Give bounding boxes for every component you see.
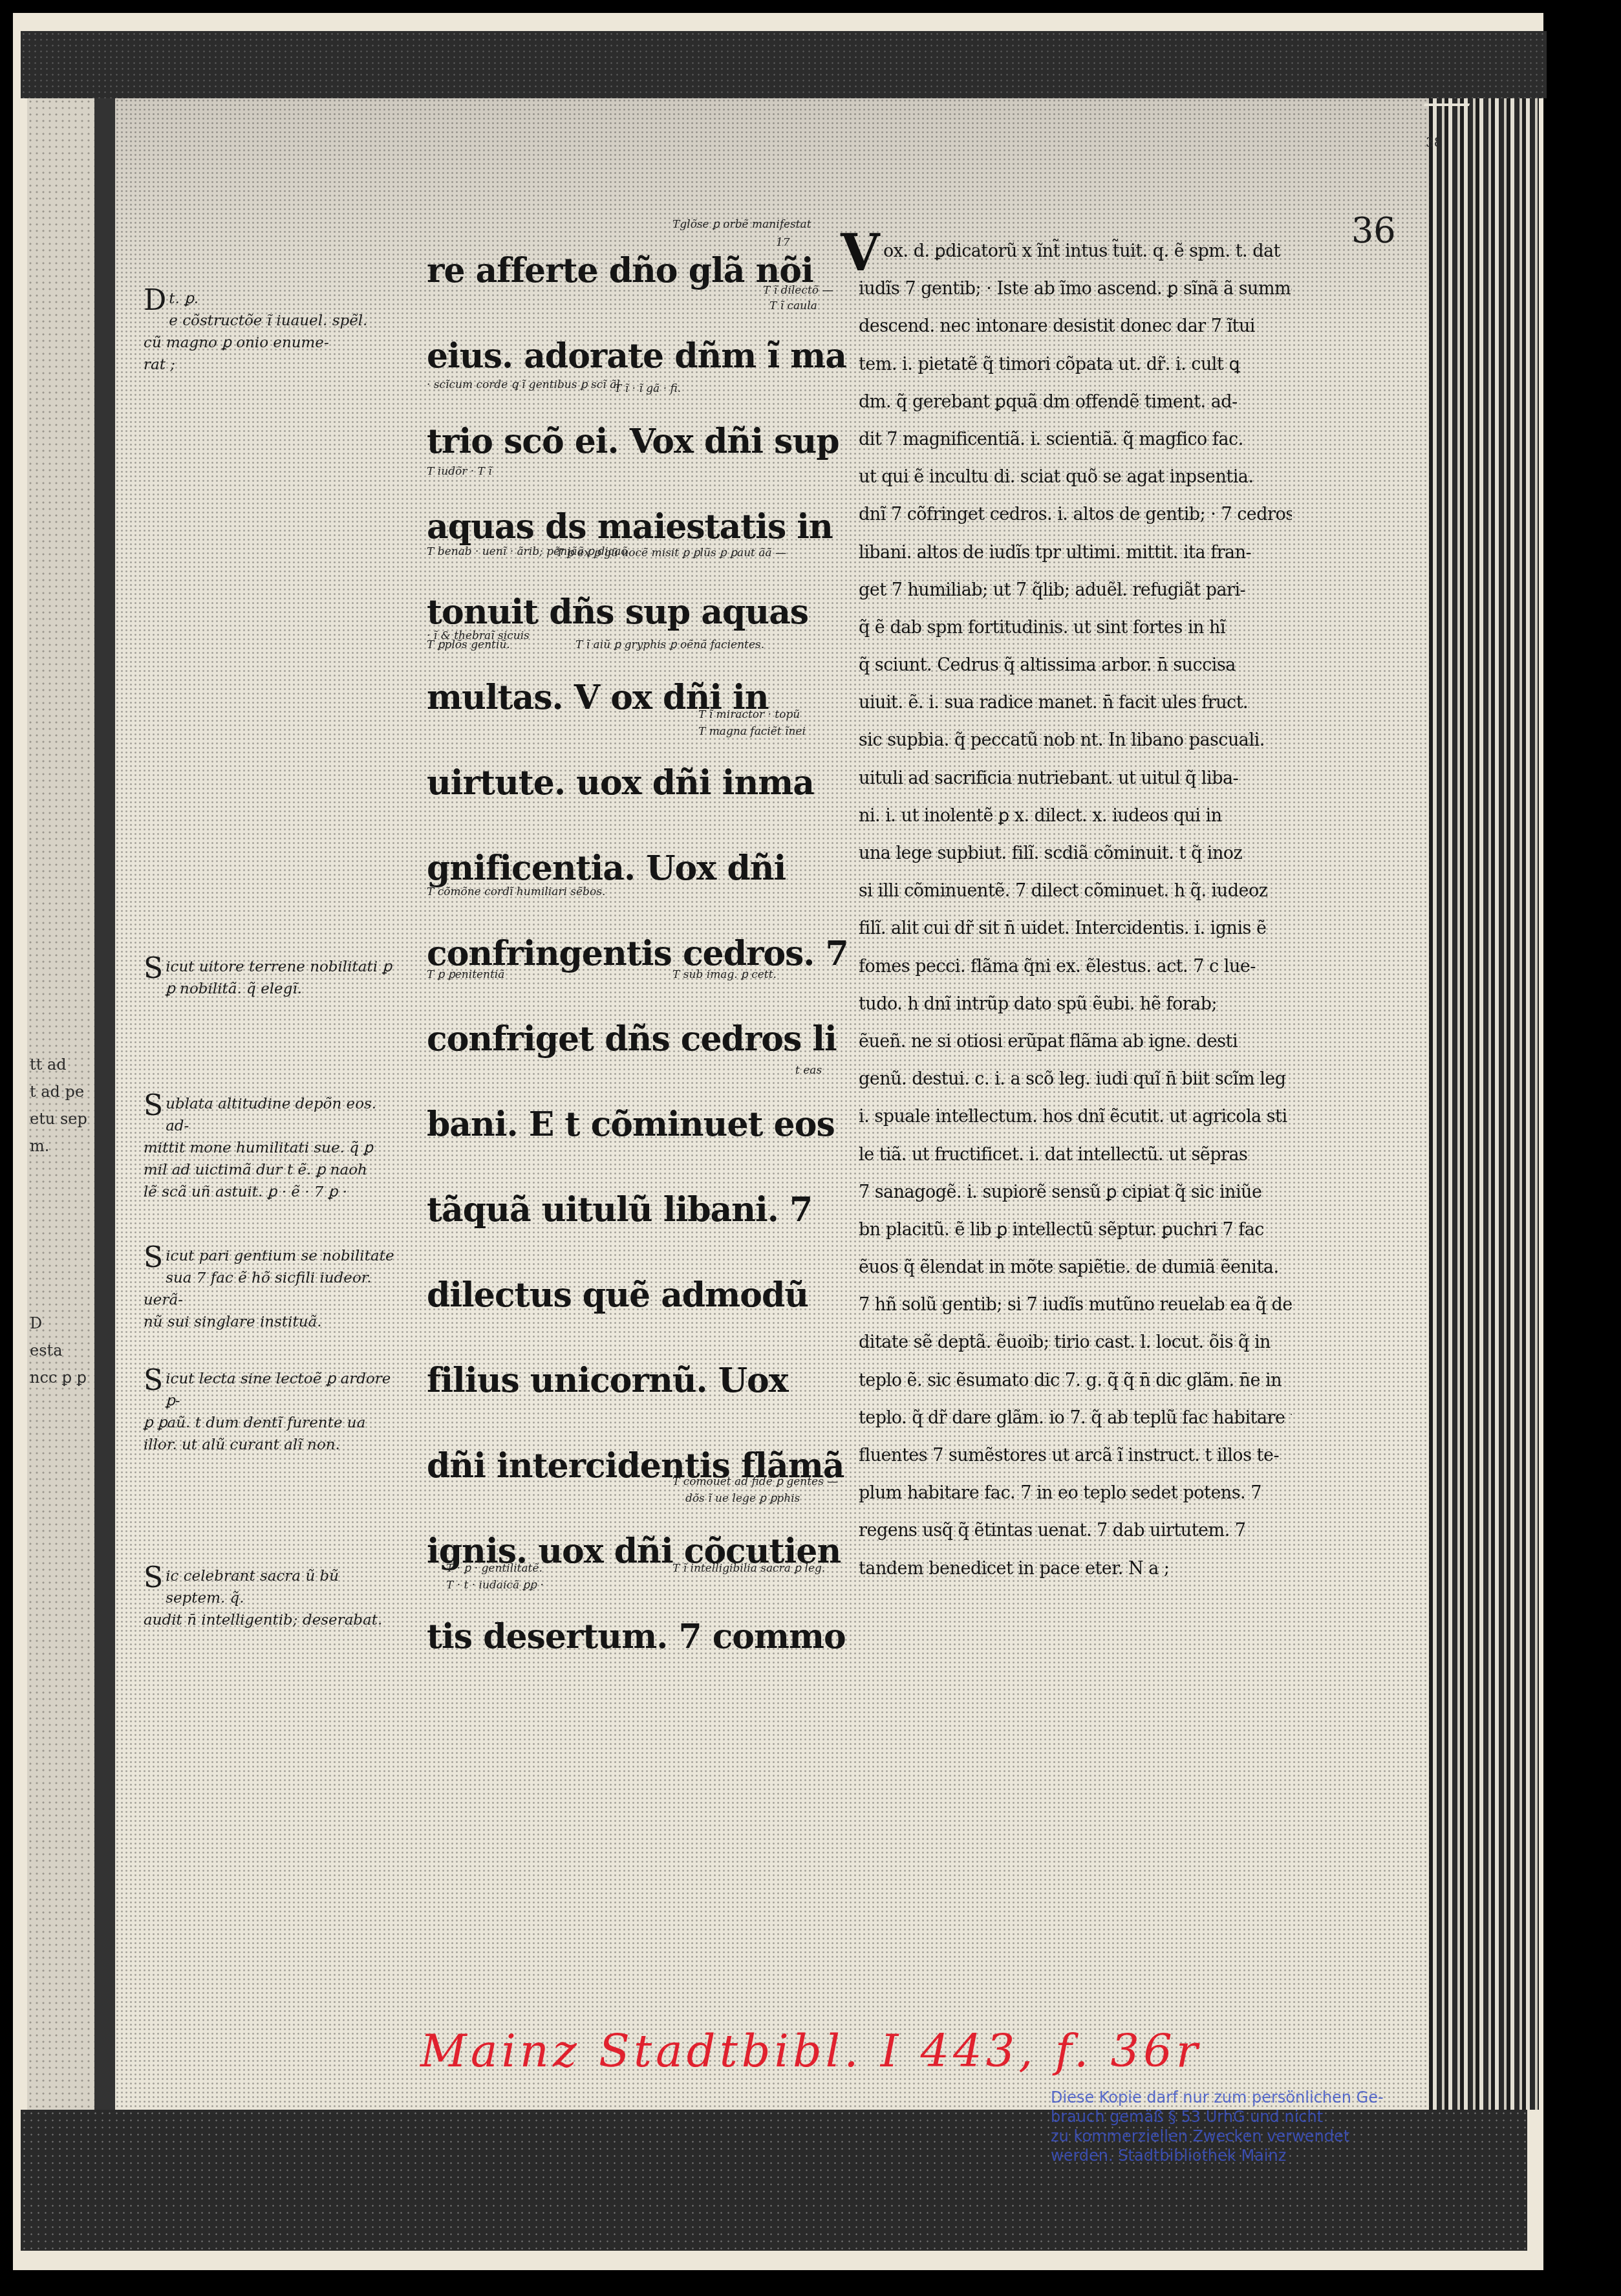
main-text-line: multas. V ox dñi inT ꝑplõs gentiũ.T ĩ ai… bbox=[427, 644, 847, 729]
margin-gloss-line: illor. ut alũ curant alĩ non. bbox=[144, 1434, 402, 1456]
stamp-line: zu kommerziellen Zwecken verwendet bbox=[1051, 2127, 1490, 2146]
commentary-line: si illi cõminuentẽ. 7 dilect cõminuet. h… bbox=[859, 872, 1292, 910]
interlinear-gloss: T ꝑplõs gentiũ. bbox=[427, 638, 510, 651]
interlinear-gloss: T ĩ miractor · topũ bbox=[698, 708, 800, 721]
commentary-line: le tiã. ut fructificet. i. dat intellect… bbox=[859, 1136, 1292, 1174]
main-text-line-content: tis desertum. 7 commo bbox=[427, 1617, 846, 1656]
commentary-line: tandem benedicet in pace eter. N a ; bbox=[859, 1550, 1292, 1588]
commentary-line: teplo ẽ. sic ẽsumato dic 7. g. q̃ q̃ n̄ … bbox=[859, 1362, 1292, 1400]
facing-fragment-line: ncc ꝑ ꝑ bbox=[30, 1364, 94, 1391]
facing-fragment-line: t ad pe bbox=[30, 1078, 94, 1105]
margin-gloss-line: mittit mone humilitati sue. q̃ ꝑ bbox=[144, 1137, 402, 1159]
main-text-line-content: confriget dñs cedros li bbox=[427, 1019, 837, 1059]
main-text-line: aquas ds maiestatis inT iudõr · T ĩT ben… bbox=[427, 473, 847, 558]
margin-gloss-line: icut lecta sine lectoẽ ꝑ ardore ꝑ- bbox=[144, 1368, 402, 1412]
main-text-line-content: eius. adorate dñm ĩ ma bbox=[427, 336, 846, 376]
commentary-line: fluentes 7 sumẽstores ut arcã ĩ instruct… bbox=[859, 1437, 1292, 1475]
margin-gloss-line: mil ad uictimã dur t ẽ. ꝑ naoh bbox=[144, 1159, 402, 1181]
folio-small-number: 38 bbox=[1426, 135, 1442, 150]
interlinear-gloss: T iudõr · T ĩ bbox=[427, 465, 492, 478]
margin-gloss-block: Sic celebrant sacra ũ bũ septem. q̃.audi… bbox=[144, 1565, 402, 1631]
main-text-line: ignis. uox dñi cõcutienT · ꝑ · gentilita… bbox=[427, 1497, 847, 1583]
main-text-line-content: re afferte dño glã nõi bbox=[427, 251, 813, 290]
margin-gloss-line: icut uitore terrene nobilitati ꝑ bbox=[144, 956, 402, 978]
main-text-line-content: confringentis cedros. 7 bbox=[427, 934, 848, 973]
main-text-line-content: uirtute. uox dñi inma bbox=[427, 763, 814, 803]
margin-gloss-line: ꝑ nobilitã. q̃ elegĩ. bbox=[144, 978, 402, 1000]
facing-fragment-line: esta bbox=[30, 1337, 94, 1364]
main-text-line: confriget dñs cedros li bbox=[427, 985, 847, 1070]
interlinear-gloss: T · ꝑ · gentilitatẽ. bbox=[446, 1562, 542, 1575]
commentary-line: fomes pecci. flãma q̃ni ex. ẽlestus. act… bbox=[859, 948, 1292, 986]
margin-gloss-block: Dt. ꝑ.e cõstructõe ĩ iuauel. spẽl.cũ mag… bbox=[144, 288, 402, 376]
gloss-initial: S bbox=[144, 956, 163, 982]
facing-fragment-line: D bbox=[30, 1310, 94, 1337]
margin-gloss-line: nũ sui singlare instituã. bbox=[144, 1311, 402, 1333]
main-text-line: filius unicornũ. Uox bbox=[427, 1327, 847, 1412]
stamp-line: brauch gemäß § 53 UrhG und nicht bbox=[1051, 2107, 1490, 2127]
main-text-line-content: aquas ds maiestatis in bbox=[427, 507, 833, 547]
interlinear-gloss: T ĩ · ĩ gã · fi. bbox=[614, 382, 681, 395]
commentary-line: uituli ad sacrificia nutriebant. ut uitu… bbox=[859, 760, 1292, 797]
margin-gloss-line: ꝑ ꝑaũ. t dum dentĩ furente ua bbox=[144, 1412, 402, 1434]
interlinear-gloss: T ꝑ ꝑenitentiã bbox=[427, 968, 504, 981]
interlinear-gloss: t eas bbox=[795, 1064, 822, 1077]
commentary-line: q̃ sciunt. Cedrus q̃ altissima arbor. n̄… bbox=[859, 647, 1292, 684]
main-text-line-content: tãquã uitulũ libani. 7 bbox=[427, 1190, 812, 1229]
commentary-column: V ox. d. ꝑdicatorũ x ĩnt̃ intus t̃uit. q… bbox=[859, 233, 1292, 1588]
interlinear-gloss: 17 bbox=[776, 236, 790, 249]
main-text-line-content: gnificentia. Uox dñi bbox=[427, 849, 786, 888]
facing-fragment: Destancc ꝑ ꝑ bbox=[30, 1310, 94, 1391]
main-text-line-content: tonuit dñs sup aquas bbox=[427, 592, 808, 632]
main-text-line: tonuit dñs sup aquasT ꝑ ex ꝑ gũ uocẽ mis… bbox=[427, 558, 847, 644]
margin-gloss-block: Sicut pari gentium se nobilitatesua 7 fa… bbox=[144, 1245, 402, 1333]
commentary-line: 7 hñ solũ gentib; si 7 iudĩs mutũno reue… bbox=[859, 1286, 1292, 1324]
margin-gloss-line: icut pari gentium se nobilitate bbox=[144, 1245, 402, 1267]
facing-fragment-line: etu sep bbox=[30, 1105, 94, 1132]
book-fore-edge bbox=[1429, 98, 1539, 2110]
main-text-line-content: trio scõ ei. Vox dñi sup bbox=[427, 422, 839, 461]
commentary-line: iudĩs 7 gentib; · Iste ab ĩmo ascend. ꝑ … bbox=[859, 270, 1292, 308]
interlinear-gloss: T ꝑ ex ꝑ gũ uocẽ misit ꝑ ꝑlũs ꝑ ꝑaut ãã … bbox=[556, 547, 786, 559]
margin-gloss-line: ic celebrant sacra ũ bũ septem. q̃. bbox=[144, 1565, 402, 1609]
commentary-line: ut qui ẽ incultu di. sciat quõ se agat i… bbox=[859, 459, 1292, 496]
gloss-initial: D bbox=[144, 288, 166, 314]
main-text-line-content: filius unicornũ. Uox bbox=[427, 1361, 788, 1400]
gloss-initial: S bbox=[144, 1565, 163, 1591]
scanner-shadow-top bbox=[21, 31, 1547, 98]
margin-gloss-line: sua 7 fac ẽ hõ sicfili iudeor. uerã- bbox=[144, 1267, 402, 1311]
commentary-line: bn placitũ. ẽ lib ꝑ intellectũ sẽptur. ꝑ… bbox=[859, 1211, 1292, 1249]
gloss-initial: S bbox=[144, 1368, 163, 1394]
commentary-line: 7 sanagogẽ. i. supiorẽ sensũ ꝑ cipiat q̃… bbox=[859, 1174, 1292, 1211]
commentary-line: get 7 humiliab; ut 7 q̃lib; aduẽl. refug… bbox=[859, 572, 1292, 609]
copyright-stamp: Diese Kopie darf nur zum persönlichen Ge… bbox=[1051, 2088, 1490, 2165]
stamp-line: Diese Kopie darf nur zum persönlichen Ge… bbox=[1051, 2088, 1490, 2107]
interlinear-gloss: T ĩ dilectõ — bbox=[763, 284, 833, 297]
interlinear-gloss: T sub imag. ꝑ cett. bbox=[672, 968, 777, 981]
margin-gloss-line: lẽ scã uñ astuit. ꝑ · ẽ · 7 ꝑ · bbox=[144, 1181, 402, 1203]
commentary-line: teplo. q̃ dr̃ dare glãm. io 7. q̃ ab tep… bbox=[859, 1400, 1292, 1437]
commentary-line: una lege supbiut. filĩ. scdiã cõminuit. … bbox=[859, 835, 1292, 872]
commentary-line: genũ. destui. c. i. a scõ leg. iudi quĩ … bbox=[859, 1061, 1292, 1098]
facing-fragment-line: m. bbox=[30, 1132, 94, 1160]
main-text-line: trio scõ ei. Vox dñi supT ĩ · ĩ gã · fi. bbox=[427, 387, 847, 473]
commentary-line: libani. altos de iudĩs tpr ultimi. mitti… bbox=[859, 534, 1292, 572]
interlinear-gloss: T ĩ caula bbox=[769, 299, 817, 312]
commentary-line: dnĩ 7 cõfringet cedros. i. altos de gent… bbox=[859, 496, 1292, 534]
commentary-line: sic supbia. q̃ peccatũ nob nt. In libano… bbox=[859, 722, 1292, 759]
margin-gloss-line: ublata altitudine depõn eos. ad- bbox=[144, 1093, 402, 1137]
commentary-initial: V bbox=[841, 224, 880, 283]
red-shelfmark-annotation: Mainz Stadtbibl. I 443, f. 36r bbox=[420, 2024, 1201, 2077]
commentary-line: regens usq̃ q̃ ẽtintas uenat. 7 dab uirt… bbox=[859, 1512, 1292, 1550]
margin-gloss-line: audit n̄ intelligentib; deserabat. bbox=[144, 1609, 402, 1631]
commentary-line: ox. d. ꝑdicatorũ x ĩnt̃ intus t̃uit. q. … bbox=[859, 233, 1292, 270]
margin-gloss-line: rat ; bbox=[144, 354, 402, 376]
main-text-line: eius. adorate dñm ĩ maT ĩ dilectõ —T ĩ c… bbox=[427, 302, 847, 387]
main-text-line: dilectus quẽ admodũ bbox=[427, 1241, 847, 1327]
commentary-line: ẽuos q̃ ẽlendat in mõte sapiẽtie. de dum… bbox=[859, 1249, 1292, 1286]
stamp-line: werden. Stadtbibliothek Mainz bbox=[1051, 2146, 1490, 2165]
main-text-line: bani. E t cõminuet eost eas bbox=[427, 1070, 847, 1156]
commentary-line: ẽueñ. ne si otiosi erũpat flãma ab igne.… bbox=[859, 1023, 1292, 1061]
interlinear-gloss: T cõmouet ad fidẽ ꝑ gentes — bbox=[672, 1475, 838, 1488]
commentary-line: descend. nec intonare desistit donec dar… bbox=[859, 308, 1292, 345]
interlinear-gloss: Tglõse ꝑ orbẽ manifestat bbox=[672, 218, 811, 231]
main-text-line: uirtute. uox dñi inma bbox=[427, 729, 847, 814]
main-text-line: confringentis cedros. 7T ꝑ ꝑenitentiãT s… bbox=[427, 900, 847, 985]
interlinear-gloss: T ĩ aiũ ꝑ gryphis ꝑ oẽnã facientes. bbox=[575, 638, 764, 651]
main-text-column: re afferte dño glã nõiTglõse ꝑ orbẽ mani… bbox=[427, 217, 847, 1668]
page-number: 36 bbox=[1351, 210, 1396, 251]
margin-gloss-block: Sicut uitore terrene nobilitati ꝑꝑ nobil… bbox=[144, 956, 402, 1000]
main-text-line: tis desertum. 7 commo bbox=[427, 1583, 847, 1668]
gloss-initial: S bbox=[144, 1245, 163, 1271]
facing-fragment: tt adt ad peetu sepm. bbox=[30, 1051, 94, 1160]
commentary-line: q̃ ẽ dab spm fortitudinis. ut sint forte… bbox=[859, 609, 1292, 647]
interlinear-gloss: T cõmõne cordĩ humiliari sẽbos. bbox=[427, 885, 605, 898]
interlinear-gloss: T ĩ intelligibilia sacra ꝑ leg. bbox=[672, 1562, 825, 1575]
margin-gloss-line: e cõstructõe ĩ iuauel. spẽl. bbox=[144, 310, 402, 332]
commentary-line: tem. i. pietatẽ q̃ timori cõpata ut. dr̃… bbox=[859, 346, 1292, 384]
margin-gloss-line: cũ magno ꝑ onio enume- bbox=[144, 332, 402, 354]
commentary-line: i. spuale intellectum. hos dnĩ ẽcutit. u… bbox=[859, 1098, 1292, 1136]
margin-gloss-block: Sicut lecta sine lectoẽ ꝑ ardore ꝑ-ꝑ ꝑaũ… bbox=[144, 1368, 402, 1456]
margin-gloss-block: Sublata altitudine depõn eos. ad-mittit … bbox=[144, 1093, 402, 1203]
margin-gloss-line: t. ꝑ. bbox=[144, 288, 402, 310]
pencil-mark bbox=[1421, 103, 1470, 115]
gloss-initial: S bbox=[144, 1093, 163, 1119]
commentary-line: dm. q̃ gerebant ꝑquã dm offendẽ timent. … bbox=[859, 384, 1292, 421]
main-text-line: gnificentia. Uox dñiT cõmõne cordĩ humil… bbox=[427, 814, 847, 900]
commentary-line: filĩ. alit cui dr̃ sit n̄ uidet. Interci… bbox=[859, 910, 1292, 948]
facing-fragment-line: tt ad bbox=[30, 1051, 94, 1078]
main-text-line-content: dilectus quẽ admodũ bbox=[427, 1275, 808, 1315]
commentary-line: ni. i. ut inolentẽ ꝑ x. dilect. x. iudeo… bbox=[859, 797, 1292, 835]
commentary-line: tudo. h dnĩ intrũp dato spũ ẽubi. hẽ for… bbox=[859, 986, 1292, 1023]
main-text-line-content: bani. E t cõminuet eos bbox=[427, 1105, 835, 1144]
main-text-line: dñi intercidentis flãmãT cõmouet ad fidẽ… bbox=[427, 1412, 847, 1497]
commentary-line: uiuit. ẽ. i. sua radice manet. n̄ facit … bbox=[859, 684, 1292, 722]
commentary-line: ditate sẽ deptã. ẽuoib; tirio cast. l. l… bbox=[859, 1324, 1292, 1361]
commentary-line: dit 7 magnificentiã. i. scientiã. q̃ mag… bbox=[859, 421, 1292, 459]
main-text-line: tãquã uitulũ libani. 7 bbox=[427, 1156, 847, 1241]
commentary-line: plum habitare fac. 7 in eo teplo sedet p… bbox=[859, 1475, 1292, 1512]
binding-gutter bbox=[94, 98, 115, 2110]
